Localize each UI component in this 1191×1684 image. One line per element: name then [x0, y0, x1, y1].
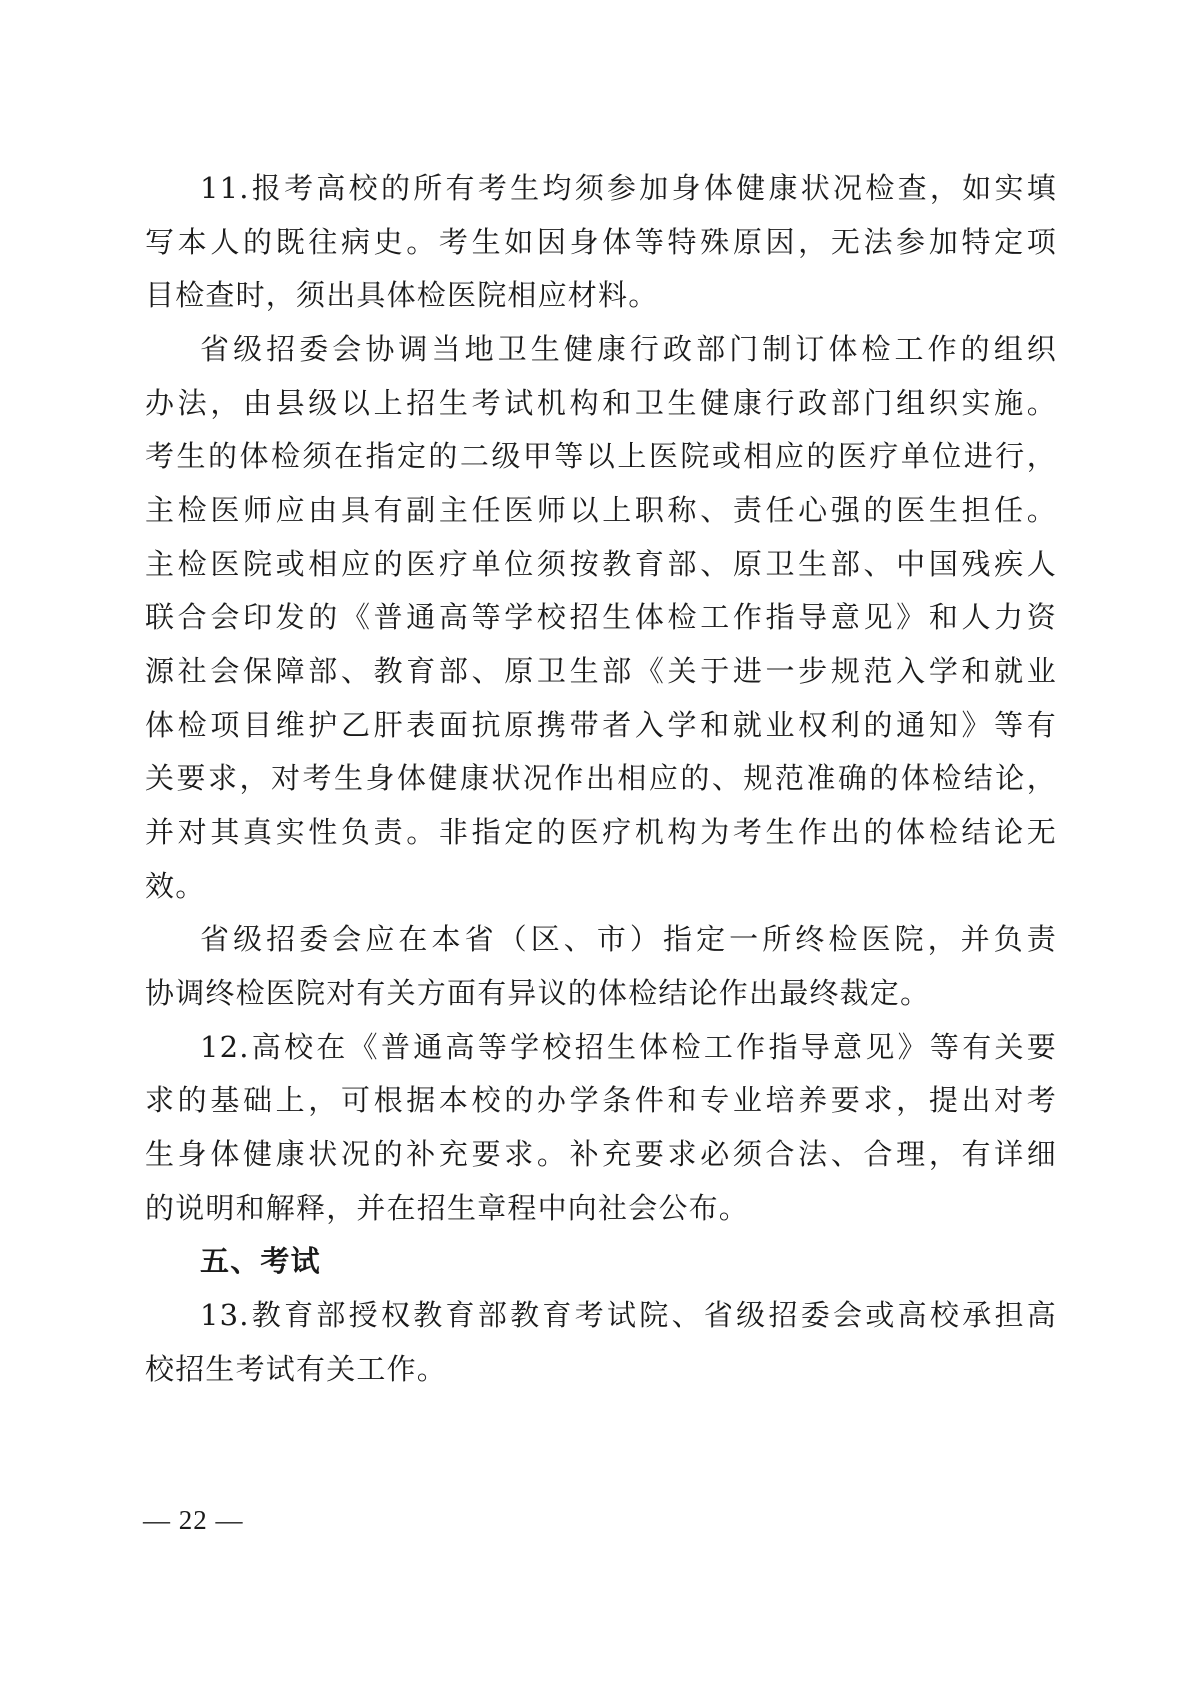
paragraph-line: 体检项目维护乙肝表面抗原携带者入学和就业权利的通知》等有	[145, 698, 1057, 752]
paragraph-line: 目检查时，须出具体检医院相应材料。	[145, 268, 1057, 322]
paragraph-line: 求的基础上，可根据本校的办学条件和专业培养要求，提出对考	[145, 1073, 1057, 1127]
document-page: 11.报考高校的所有考生均须参加身体健康状况检查，如实填 写本人的既往病史。考生…	[0, 0, 1191, 1684]
paragraph-line: 写本人的既往病史。考生如因身体等特殊原因，无法参加特定项	[145, 215, 1057, 269]
paragraph-line: 协调终检医院对有关方面有异议的体检结论作出最终裁定。	[145, 966, 1057, 1020]
paragraph-line: 主检医师应由具有副主任医师以上职称、责任心强的医生担任。	[145, 483, 1057, 537]
paragraph-line: 联合会印发的《普通高等学校招生体检工作指导意见》和人力资	[145, 590, 1057, 644]
section-heading: 五、考试	[200, 1234, 1057, 1288]
page-number: — 22 —	[143, 1500, 244, 1540]
paragraph-line: 考生的体检须在指定的二级甲等以上医院或相应的医疗单位进行，	[145, 429, 1057, 483]
paragraph-line: 12.高校在《普通高等学校招生体检工作指导意见》等有关要	[200, 1020, 1057, 1074]
paragraph-line: 源社会保障部、教育部、原卫生部《关于进一步规范入学和就业	[145, 644, 1057, 698]
paragraph-line: 省级招委会协调当地卫生健康行政部门制订体检工作的组织	[200, 322, 1057, 376]
paragraph-line: 11.报考高校的所有考生均须参加身体健康状况检查，如实填	[200, 161, 1057, 215]
paragraph-line: 办法，由县级以上招生考试机构和卫生健康行政部门组织实施。	[145, 376, 1057, 430]
paragraph-line: 主检医院或相应的医疗单位须按教育部、原卫生部、中国残疾人	[145, 537, 1057, 591]
paragraph-line: 关要求，对考生身体健康状况作出相应的、规范准确的体检结论，	[145, 751, 1057, 805]
paragraph-line: 生身体健康状况的补充要求。补充要求必须合法、合理，有详细	[145, 1127, 1057, 1181]
paragraph-line: 并对其真实性负责。非指定的医疗机构为考生作出的体检结论无	[145, 805, 1057, 859]
paragraph-line: 的说明和解释，并在招生章程中向社会公布。	[145, 1181, 1057, 1235]
paragraph-line: 省级招委会应在本省（区、市）指定一所终检医院，并负责	[200, 912, 1057, 966]
paragraph-line: 效。	[145, 859, 1057, 913]
paragraph-line: 13.教育部授权教育部教育考试院、省级招委会或高校承担高	[200, 1288, 1057, 1342]
paragraph-line: 校招生考试有关工作。	[145, 1342, 1057, 1396]
